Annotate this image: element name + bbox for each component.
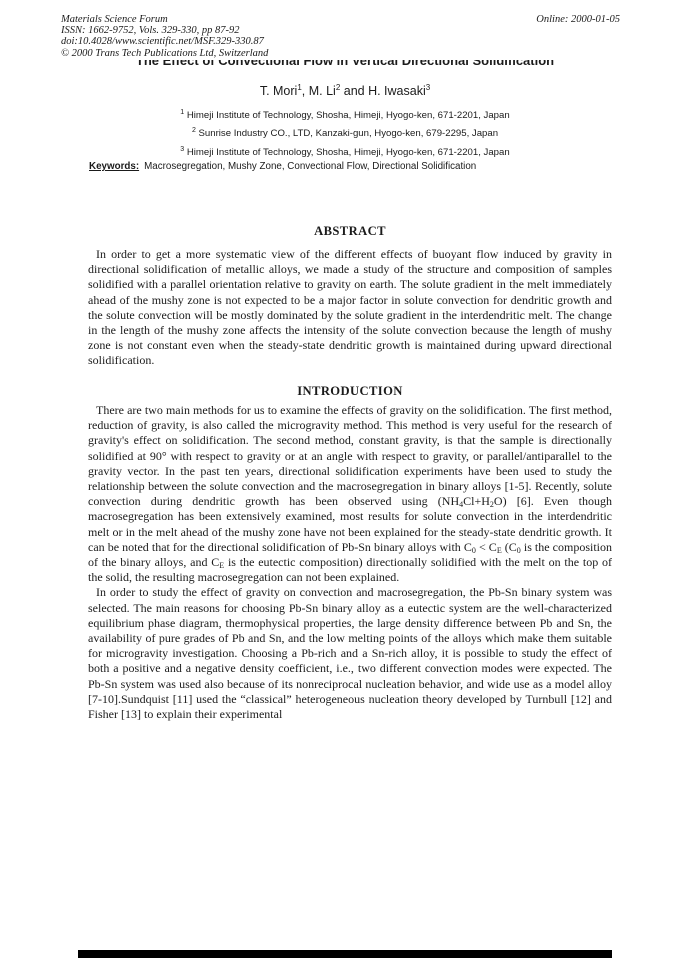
affiliations-block: 1 Himeji Institute of Technology, Shosha… bbox=[78, 107, 612, 162]
paper-title: The Effect of Convectional Flow in Verti… bbox=[78, 60, 612, 70]
affiliation-2: 2 Sunrise Industry CO., LTD, Kanzaki-gun… bbox=[78, 125, 612, 143]
keywords-label: Keywords: bbox=[89, 161, 139, 172]
authors-line: T. Mori1, M. Li2 and H. Iwasaki3 bbox=[78, 84, 612, 98]
doi-line: doi:10.4028/www.scientific.net/MSF.329-3… bbox=[61, 36, 268, 47]
paper-page: Materials Science Forum ISSN: 1662-9752,… bbox=[0, 0, 678, 959]
online-date: Online: 2000-01-05 bbox=[536, 14, 620, 59]
abstract-section: In order to get a more systematic view o… bbox=[88, 247, 612, 369]
journal-header-left: Materials Science Forum ISSN: 1662-9752,… bbox=[61, 14, 268, 59]
introduction-paragraph-2: In order to study the effect of gravity … bbox=[88, 585, 612, 722]
introduction-heading: INTRODUCTION bbox=[88, 384, 612, 399]
paper-title-clip: The Effect of Convectional Flow in Verti… bbox=[78, 60, 612, 70]
introduction-section: There are two main methods for us to exa… bbox=[88, 403, 612, 722]
journal-header: Materials Science Forum ISSN: 1662-9752,… bbox=[61, 14, 620, 59]
introduction-paragraph-1: There are two main methods for us to exa… bbox=[88, 403, 612, 585]
keywords-list: Macrosegregation, Mushy Zone, Convection… bbox=[144, 161, 476, 172]
issn-line: ISSN: 1662-9752, Vols. 329-330, pp 87-92 bbox=[61, 25, 268, 36]
affiliation-3: 3 Himeji Institute of Technology, Shosha… bbox=[78, 144, 612, 162]
keywords-row: Keywords:Macrosegregation, Mushy Zone, C… bbox=[89, 161, 613, 172]
copyright-line: © 2000 Trans Tech Publications Ltd, Swit… bbox=[61, 48, 268, 59]
abstract-heading: ABSTRACT bbox=[88, 224, 612, 239]
scan-artifact-bar bbox=[78, 950, 612, 958]
journal-name: Materials Science Forum bbox=[61, 14, 268, 25]
affiliation-1: 1 Himeji Institute of Technology, Shosha… bbox=[78, 107, 612, 125]
abstract-paragraph: In order to get a more systematic view o… bbox=[88, 247, 612, 369]
